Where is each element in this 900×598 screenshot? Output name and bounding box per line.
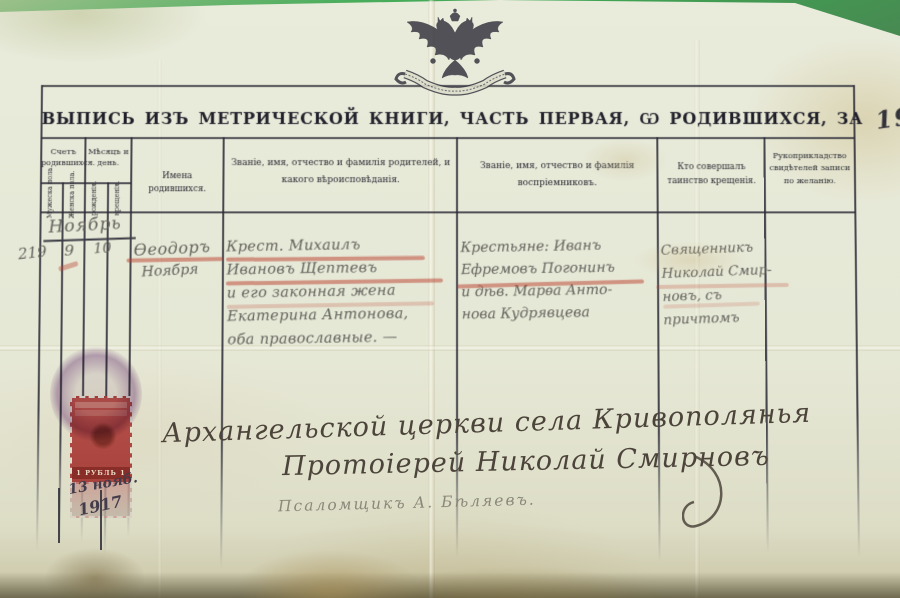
entry-child-name: Ѳеодоръ <box>133 237 211 260</box>
table-rule-over-stamp-left <box>58 488 60 543</box>
document-title: Выпись изъ метрической книги, часть перв… <box>42 101 855 129</box>
red-underline-name <box>127 257 223 262</box>
header-godparents: Званіе, имя, отчество и фамилія воспріем… <box>460 158 655 191</box>
entry-officiant-line: причтомъ <box>663 305 774 332</box>
title-prefix: Выпись изъ метрической книги, часть перв… <box>42 109 864 128</box>
header-witnesses: Рукоприкладство свидѣтелей записи по жел… <box>767 150 854 187</box>
photographed-document: Выпись изъ метрической книги, часть перв… <box>0 0 900 598</box>
col-rule-names-parents <box>220 137 225 568</box>
entry-child-name-line2: Ноября <box>141 261 199 280</box>
col-rule-officiant-witnesses <box>763 137 768 552</box>
title-underline-rule <box>41 137 854 139</box>
revenue-stamp: 1 РУБЛЬ 1 13 нояб. 1917 <box>64 350 144 528</box>
entry-officiant-line: Николай Смир- <box>661 259 772 286</box>
month-underline <box>43 237 135 242</box>
subheader-baptized: крещенія. <box>113 178 125 218</box>
header-underline-rule <box>41 211 856 213</box>
signature-flourish <box>682 448 744 540</box>
header-officiant: Кто совершалъ таинство крещенія. <box>660 160 762 189</box>
entry-parents: Крест. Михаилъ Ивановъ Щептевъ и его зак… <box>226 233 409 352</box>
subheader-born: рожденія. <box>90 178 102 218</box>
entry-record-number: 219 <box>17 242 47 263</box>
entry-godparents-line: Ефремовъ Погонинъ <box>461 256 615 281</box>
entry-day-baptized: 10 <box>93 240 112 257</box>
col-rule-godparents-officiant <box>656 137 660 562</box>
frame-right-rule <box>853 85 860 558</box>
imperial-eagle-crest-icon <box>389 8 521 103</box>
entry-parents-line: оба православные. — <box>227 326 409 352</box>
entry-godparents-line: нова Кудрявцева <box>461 301 616 326</box>
entry-day-born: 9 <box>64 242 74 260</box>
title-year-handwritten: 1915 <box>874 96 900 135</box>
table-rule-over-stamp-right <box>100 490 102 550</box>
header-month-day: Мѣсяцъ и день. <box>85 147 131 169</box>
entry-godparents-line: Крестьяне: Иванъ <box>460 234 614 259</box>
entry-month: Ноябрь <box>48 213 122 237</box>
header-names: Имена родившихся. <box>133 170 221 196</box>
subheader-male: Мужеска пола. <box>46 178 58 218</box>
header-parents: Званіе, имя, отчество и фамилія родителе… <box>227 155 454 188</box>
subheader-female: Женска пола. <box>68 178 80 218</box>
purple-ink-seal <box>50 346 142 442</box>
